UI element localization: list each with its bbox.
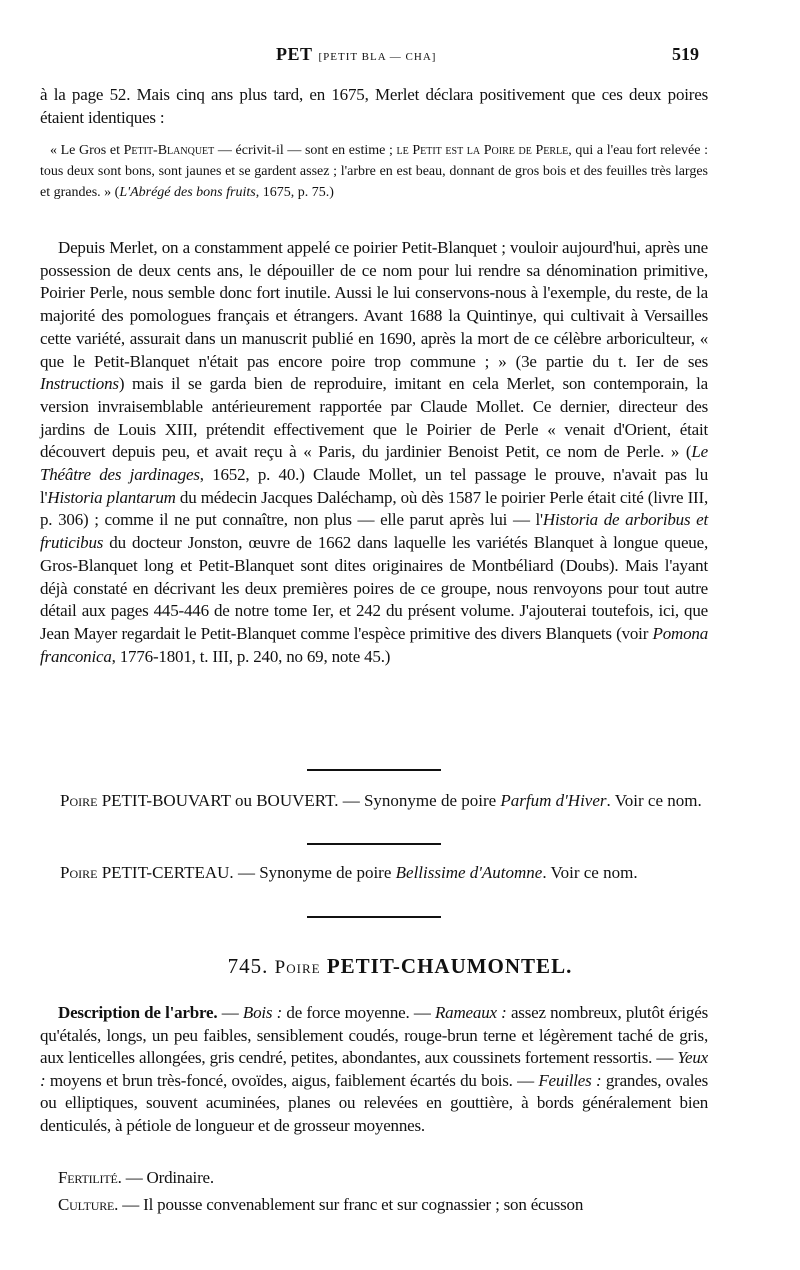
quote-source-citation: , 1675, p. 75.) [256, 185, 334, 200]
field-label-feuilles: Feuilles : [538, 1071, 601, 1090]
synonym-poire-label: Poire [60, 791, 97, 810]
synonym-name: PETIT-CERTEAU. [97, 863, 233, 882]
paragraph-text: Depuis Merlet, on a constamment appelé c… [40, 238, 708, 371]
culture-line: Culture. — Il pousse convenablement sur … [40, 1194, 708, 1217]
running-title-main: PET [276, 44, 313, 64]
culture-label: Culture. [58, 1195, 118, 1214]
history-paragraph: Depuis Merlet, on a constamment appelé c… [40, 237, 708, 668]
description-label: Description de l'arbre. [58, 1003, 217, 1022]
fertility-text: — Ordinaire. [122, 1168, 214, 1187]
synonym-text: . Voir ce nom. [542, 863, 637, 882]
merlet-quote: « Le Gros et Petit-Blanquet — écrivit-il… [40, 140, 708, 203]
running-title-sub: [PETIT BLA — CHA] [319, 51, 437, 63]
paragraph-text: du docteur Jonston, œuvre de 1662 dans l… [40, 533, 708, 643]
synonym-target: Parfum d'Hiver [500, 791, 606, 810]
synonym-poire-label: Poire [60, 863, 97, 882]
synonym-entry-petit-certeau: Poire PETIT-CERTEAU. — Synonyme de poire… [60, 862, 724, 884]
cited-work: Instructions [40, 374, 119, 393]
synonym-text: . Voir ce nom. [607, 791, 702, 810]
running-title: PET[PETIT BLA — CHA] [276, 44, 436, 65]
quote-text: « Le Gros et [50, 143, 124, 158]
quote-text: — écrivit-il — sont en estime ; [214, 143, 396, 158]
entry-number: 745. [228, 954, 269, 978]
section-divider [307, 769, 441, 771]
section-divider [307, 843, 441, 845]
fertility-label: Fertilité. [58, 1168, 122, 1187]
fertility-line: Fertilité. — Ordinaire. [40, 1167, 708, 1190]
running-head: PET[PETIT BLA — CHA] 519 [0, 44, 800, 68]
paragraph-text: ) mais il se garda bien de reproduire, i… [40, 374, 708, 461]
description-text: de force moyenne. — [282, 1003, 435, 1022]
entry-variety-name: PETIT-CHAUMONTEL. [327, 954, 573, 978]
synonym-entry-petit-bouvart: Poire PETIT-BOUVART ou BOUVERT. — Synony… [60, 790, 724, 812]
book-page: PET[PETIT BLA — CHA] 519 à la page 52. M… [0, 0, 800, 1270]
culture-text: — Il pousse convenablement sur franc et … [118, 1195, 583, 1214]
cited-work: Historia plantarum [47, 488, 175, 507]
description-text: moyens et brun très-foncé, ovoïdes, aigu… [45, 1071, 538, 1090]
quote-emphasis: le Petit est la Poire de Perle [396, 143, 568, 158]
synonym-name: PETIT-BOUVART ou BOUVERT. [97, 791, 338, 810]
continuation-text: à la page 52. Mais cinq ans plus tard, e… [40, 85, 708, 127]
quote-source-title: L'Abrégé des bons fruits [119, 185, 255, 200]
continuation-paragraph: à la page 52. Mais cinq ans plus tard, e… [40, 84, 708, 129]
field-label-rameaux: Rameaux : [435, 1003, 507, 1022]
entry-poire-label: Poire [275, 957, 321, 978]
description-text: — [217, 1003, 242, 1022]
tree-description: Description de l'arbre. — Bois : de forc… [40, 1002, 708, 1138]
entry-heading: 745. Poire PETIT-CHAUMONTEL. [0, 954, 800, 979]
synonym-text: — Synonyme de poire [338, 791, 500, 810]
synonym-target: Bellissime d'Automne [396, 863, 543, 882]
paragraph-text: , 1776-1801, t. III, p. 240, no 69, note… [112, 647, 391, 666]
field-label-bois: Bois : [243, 1003, 282, 1022]
section-divider [307, 916, 441, 918]
page-number: 519 [672, 44, 699, 65]
synonym-text: — Synonyme de poire [234, 863, 396, 882]
quote-variety-name: Petit-Blanquet [124, 143, 215, 158]
